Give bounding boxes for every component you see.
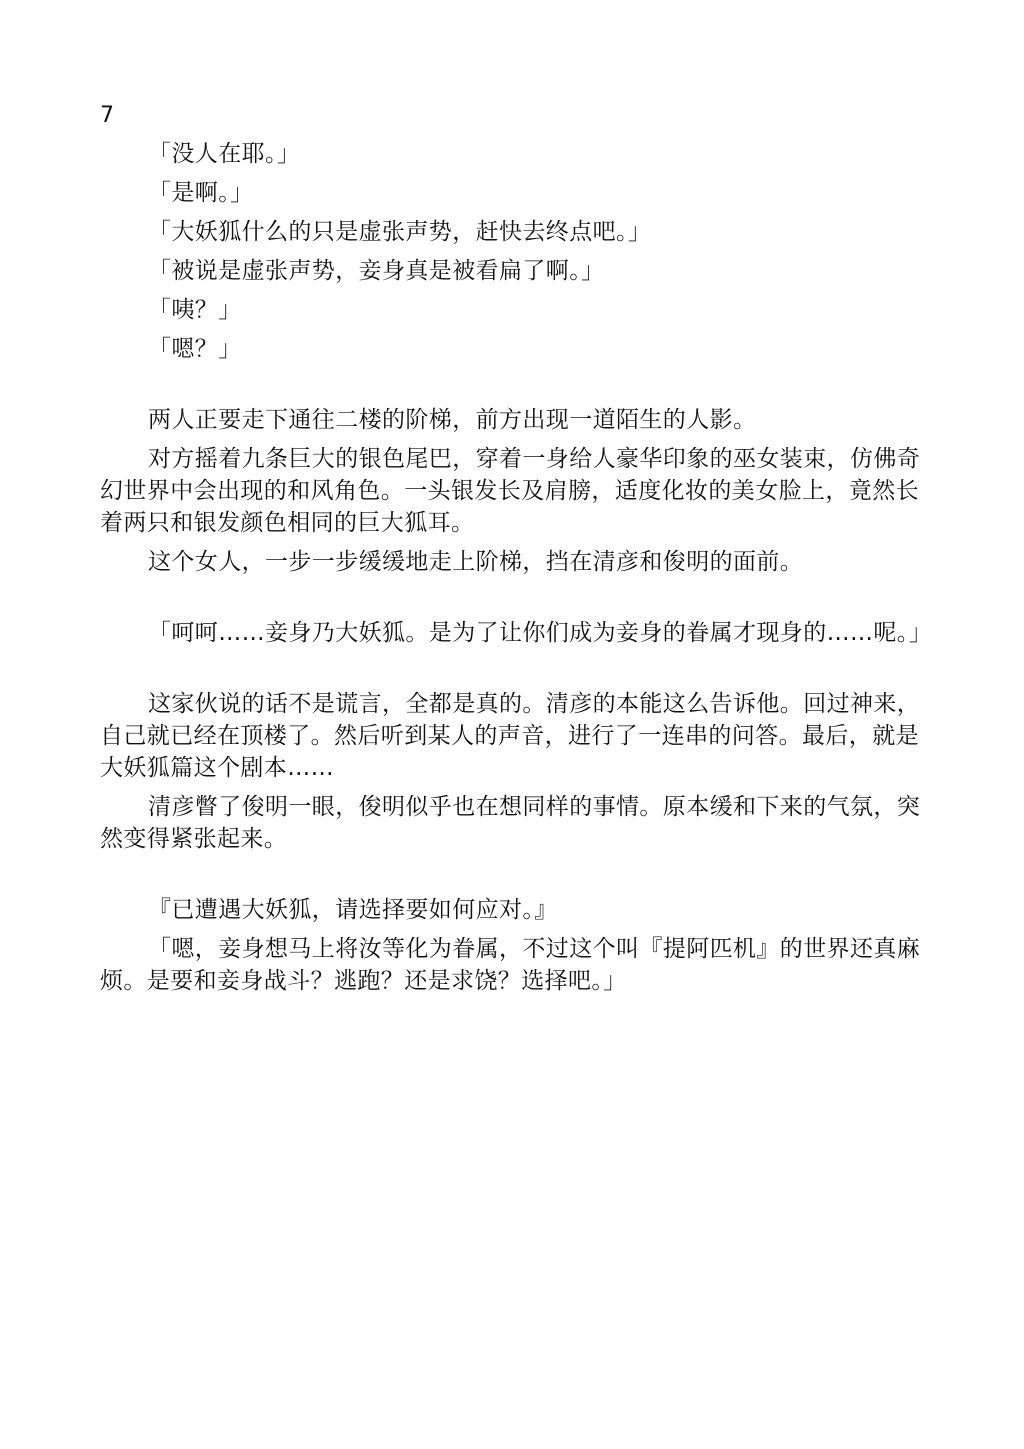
dialogue-line: 「是啊。」 (100, 177, 930, 209)
narration-paragraph: 清彦瞥了俊明一眼，俊明似乎也在想同样的事情。原本缓和下来的气氛，突然变得紧张起来… (100, 791, 930, 855)
system-message: 『已遭遇大妖狐，请选择要如何应对。』 (100, 894, 930, 926)
dialogue-line: 「大妖狐什么的只是虚张声势，赶快去终点吧。」 (100, 216, 930, 248)
dialogue-line: 「嗯？」 (100, 333, 930, 365)
narration-paragraph: 两人正要走下通往二楼的阶梯，前方出现一道陌生的人影。 (100, 404, 930, 436)
section-gap (100, 656, 930, 688)
section-gap (100, 862, 930, 894)
section-gap (100, 372, 930, 404)
narration-paragraph: 这家伙说的话不是谎言，全都是真的。清彦的本能这么告诉他。回过神来，自己就已经在顶… (100, 688, 930, 784)
narration-paragraph: 这个女人，一步一步缓缓地走上阶梯，挡在清彦和俊明的面前。 (100, 546, 930, 578)
dialogue-line: 「没人在耶。」 (100, 138, 930, 170)
document-page: 7 「没人在耶。」 「是啊。」 「大妖狐什么的只是虚张声势，赶快去终点吧。」 「… (100, 100, 930, 1004)
dialogue-line: 「咦？」 (100, 294, 930, 326)
dialogue-line: 「被说是虚张声势，妾身真是被看扁了啊。」 (100, 255, 930, 287)
dialogue-line: 「嗯，妾身想马上将汝等化为眷属，不过这个叫『提阿匹机』的世界还真麻烦。是要和妾身… (100, 933, 930, 997)
section-gap (100, 585, 930, 617)
page-number: 7 (100, 100, 930, 132)
narration-paragraph: 对方摇着九条巨大的银色尾巴，穿着一身给人豪华印象的巫女装束，仿佛奇幻世界中会出现… (100, 443, 930, 539)
dialogue-line: 「呵呵……妾身乃大妖狐。是为了让你们成为妾身的眷属才现身的……呢。」 (100, 617, 930, 649)
